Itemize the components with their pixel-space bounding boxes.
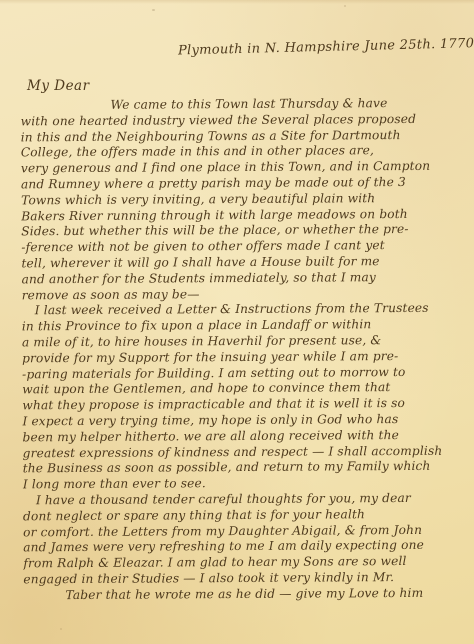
dateline: Plymouth in N. Hampshire June 25th. 1770… xyxy=(178,37,460,59)
letter-line: in this and the Neighbouring Towns as a … xyxy=(21,127,461,145)
letter-line: Sides. but whether this will be the plac… xyxy=(21,222,461,240)
paper-speck xyxy=(152,9,155,11)
letter-line: I have a thousand tender careful thought… xyxy=(23,491,463,509)
letter-line: -paring materials for Building. I am set… xyxy=(22,364,462,382)
scan-edge-shading xyxy=(0,0,474,4)
letter-line: and Rumney where a pretty parish may be … xyxy=(21,175,461,193)
salutation: My Dear xyxy=(27,78,90,94)
letter-line: the Business as soon as possible, and re… xyxy=(23,459,463,477)
letter-body: We came to this Town last Thursday & hav… xyxy=(20,96,463,604)
paper-speck xyxy=(60,628,62,630)
letter-line: Taber that he wrote me as he did — give … xyxy=(23,585,463,603)
letter-line: I last week received a Letter & Instruct… xyxy=(22,301,462,319)
paper-speck xyxy=(344,5,346,7)
letter-line: from Ralph & Eleazar. I am glad to hear … xyxy=(23,554,463,572)
letter-page: Plymouth in N. Hampshire June 25th. 1770… xyxy=(0,0,474,644)
